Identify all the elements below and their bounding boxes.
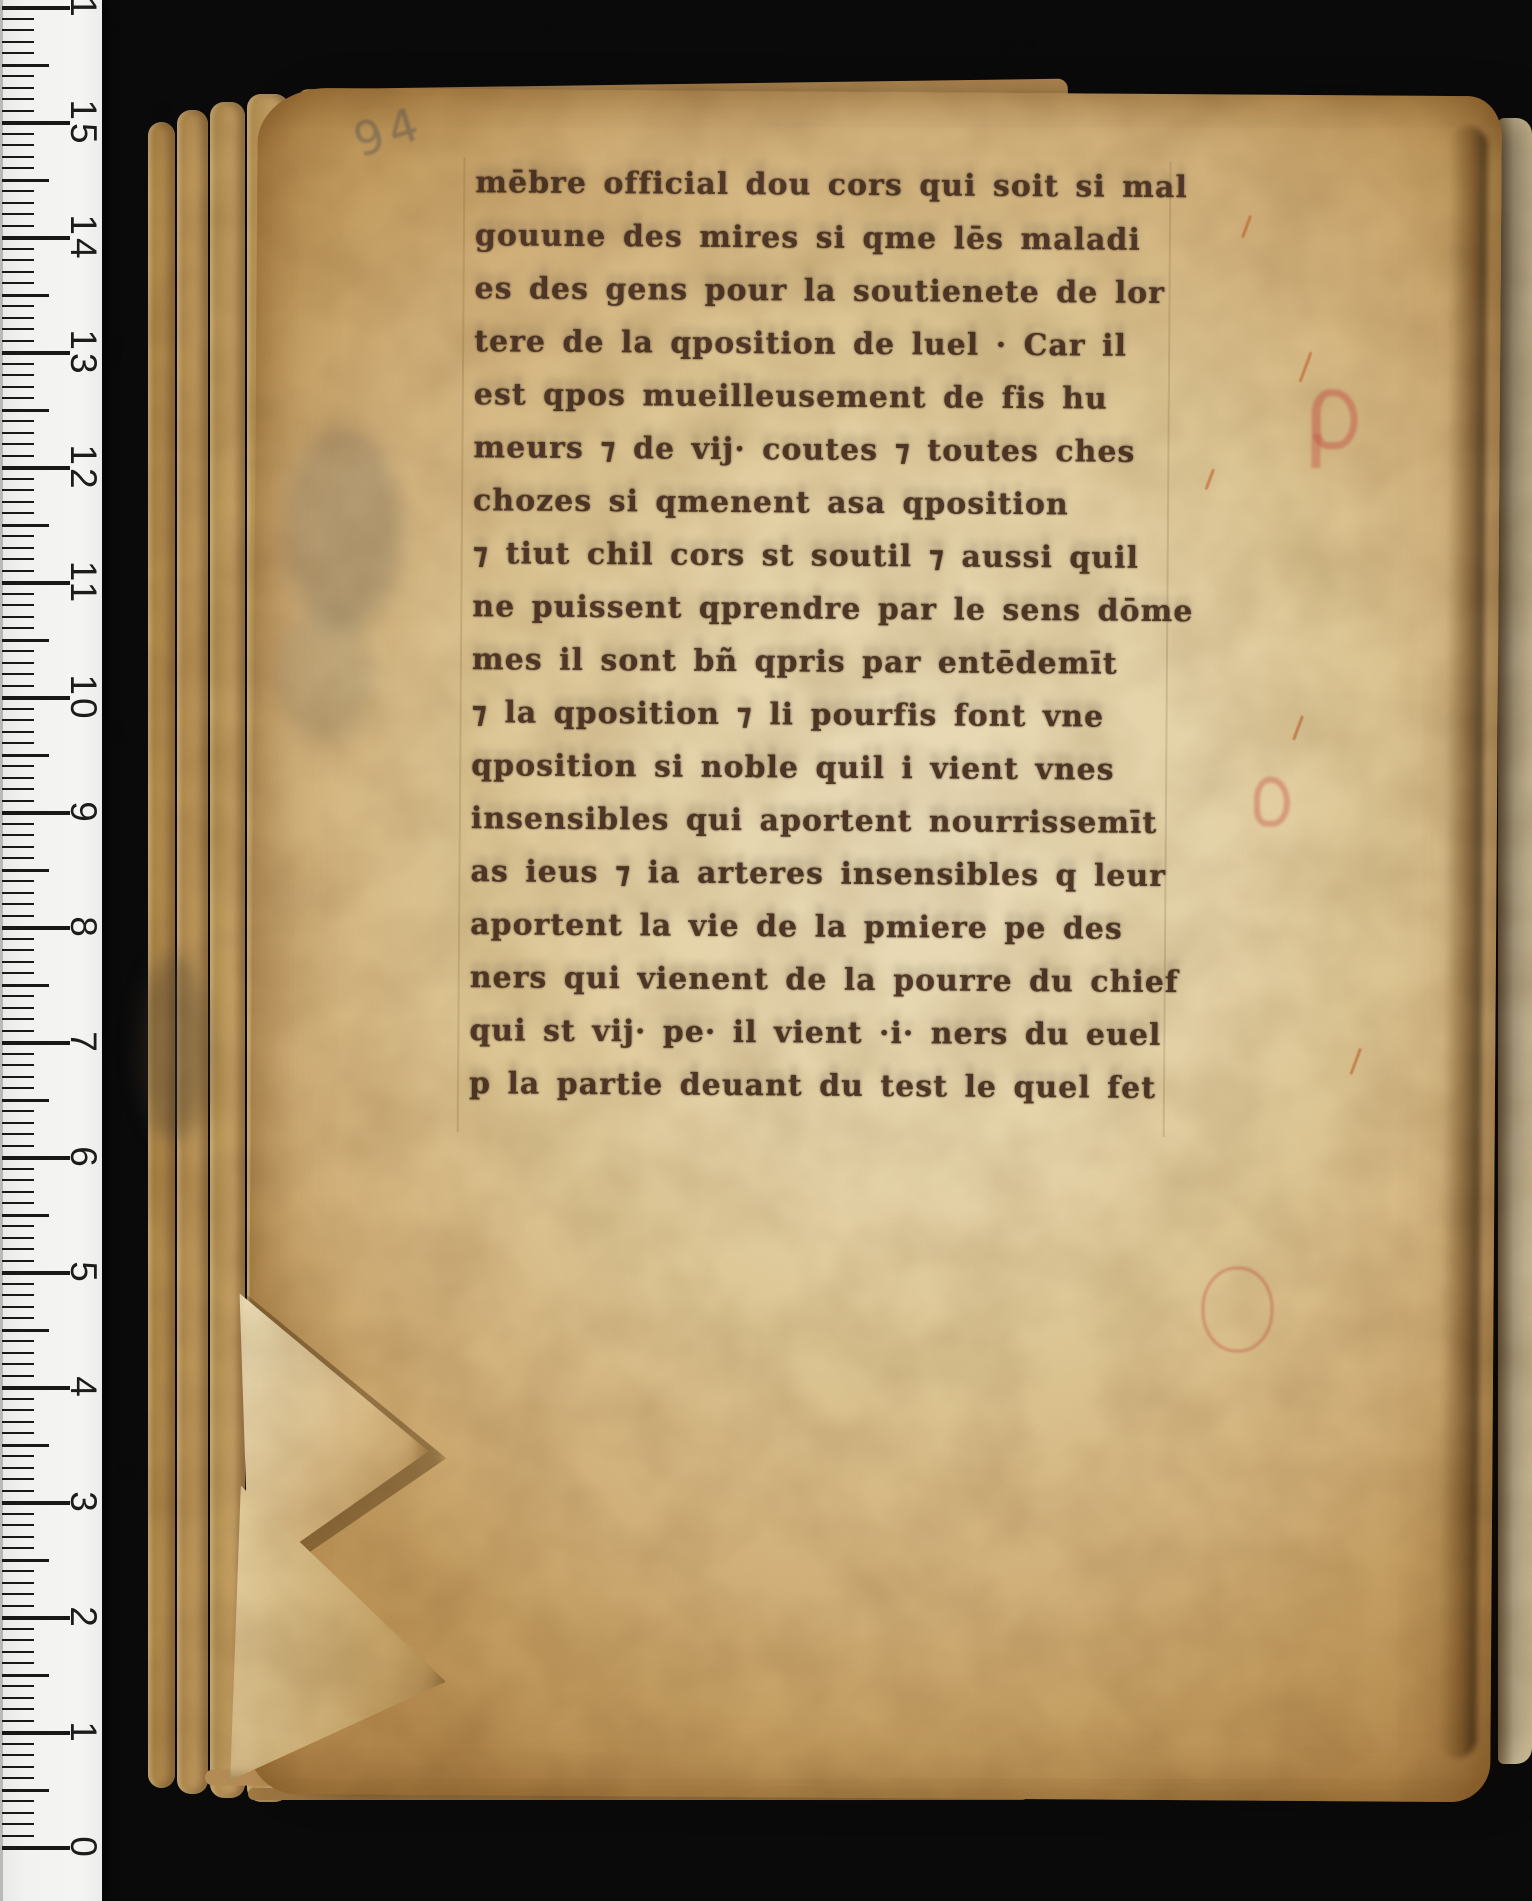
ruler-tick: [2, 1432, 34, 1434]
ruler-tick: [2, 1674, 49, 1677]
ink-smudge: [277, 608, 373, 744]
rubric-virgule: [1205, 468, 1215, 490]
rubric-virgule: [1349, 1048, 1362, 1075]
ruler-tick: [2, 1352, 34, 1354]
ruler-tick: [2, 1754, 34, 1756]
ruler-number: 15: [62, 99, 104, 146]
ruler-tick: [2, 1731, 70, 1735]
ruler-tick: [2, 64, 49, 67]
ruler-tick: [2, 374, 34, 376]
ruler-number: 11: [62, 561, 104, 605]
text-line: mēbre official dou cors qui soit si mal: [475, 165, 1195, 223]
ruler-tick: [2, 719, 34, 721]
ruler-tick: [2, 1490, 34, 1492]
ruler-tick: [2, 1800, 34, 1802]
ruler-tick: [2, 1110, 34, 1112]
ruler-tick: [2, 1501, 70, 1505]
ruler-tick: [2, 1260, 34, 1262]
ruler-tick: [2, 6, 70, 10]
ruler-tick: [2, 627, 34, 629]
rubric-virgule: [1299, 351, 1313, 382]
ruler-tick: [2, 731, 34, 733]
ruler-tick: [2, 926, 70, 930]
ruler-tick: [2, 190, 34, 192]
text-line: ⁊ tiut chil cors st soutil ⁊ aussi quil: [472, 536, 1192, 594]
ruler-tick: [2, 616, 34, 618]
text-line: gouune des mires si qme lēs maladi: [475, 218, 1195, 276]
ruler-tick: [2, 1237, 34, 1239]
ruler-tick: [2, 972, 34, 974]
ruler-tick: [2, 1087, 34, 1089]
ruler-number: 1: [62, 0, 104, 20]
text-line: qposition si noble quil i vient vnes: [471, 748, 1191, 806]
ruler-tick: [2, 52, 34, 54]
ruler-tick: [2, 259, 34, 261]
ruler-tick: [2, 593, 34, 595]
ruler-tick: [2, 294, 49, 297]
ruler-tick: [2, 995, 34, 997]
ruler-tick: [2, 271, 34, 273]
ruler-tick: [2, 1639, 34, 1641]
text-line: es des gens pour la soutienete de lor: [474, 271, 1194, 329]
ruler-tick: [2, 1766, 34, 1768]
text-line: chozes si qmenent asa qposition: [473, 483, 1193, 541]
ruler-tick: [2, 1156, 70, 1160]
ruler-tick: [2, 1662, 34, 1664]
ruler-tick: [2, 1536, 34, 1538]
ruler-tick: [2, 1835, 34, 1837]
ruler-number: 2: [62, 1606, 104, 1630]
ruler-tick: [2, 489, 34, 491]
ruler-number: 10: [62, 674, 104, 721]
ruler-tick: [2, 765, 34, 767]
ruler-tick: [2, 1651, 34, 1653]
pencil-folio-mark: 94: [347, 95, 431, 168]
ruler-tick: [2, 708, 34, 710]
ruler-tick: [2, 351, 70, 355]
ruler-tick: [2, 1605, 34, 1607]
ruler-tick: [2, 1524, 34, 1526]
ruler-tick: [2, 754, 49, 757]
ruler-tick: [2, 443, 34, 445]
ruler-tick: [2, 1053, 34, 1055]
ruler-tick: [2, 685, 34, 687]
ruler-tick: [2, 650, 34, 652]
ruler-tick: [2, 179, 49, 182]
ruler-number: 12: [62, 444, 104, 491]
ruler-tick: [2, 98, 34, 100]
text-line: p la partie deuant du test le quel fet: [469, 1066, 1189, 1124]
ruler-tick: [2, 1593, 34, 1595]
ruler-tick: [2, 1271, 70, 1275]
text-block: mēbre official dou cors qui soit si malg…: [469, 165, 1196, 1124]
ruler-number: 8: [62, 916, 104, 940]
ruler-tick: [2, 1386, 70, 1390]
rubric-virgule: [1292, 715, 1304, 740]
ruler: 11514131211109876543210: [0, 0, 102, 1901]
ruler-tick: [2, 869, 49, 872]
ruler-tick: [2, 110, 34, 112]
gutter-page-strip: [1498, 118, 1532, 1764]
ruler-tick: [2, 432, 34, 434]
ruler-tick: [2, 133, 34, 135]
ruler-tick: [2, 1168, 34, 1170]
text-line: insensibles qui aportent nourrissemīt: [471, 801, 1191, 859]
ruler-number: 14: [62, 214, 104, 261]
ruler-tick: [2, 478, 34, 480]
ruler-tick: [2, 1375, 34, 1377]
ruler-tick: [2, 1191, 34, 1193]
ruler-number: 6: [62, 1146, 104, 1170]
ruler-tick: [2, 1007, 34, 1009]
ruler-tick: [2, 1363, 34, 1365]
ruler-tick: [2, 823, 34, 825]
ruler-tick: [2, 1202, 34, 1204]
ruler-tick: [2, 1547, 34, 1549]
ruler-tick: [2, 1444, 49, 1447]
ruler-tick: [2, 1041, 70, 1045]
ruler-tick: [2, 501, 34, 503]
ruler-tick: [2, 777, 34, 779]
ruler-number: 4: [62, 1376, 104, 1400]
ruler-tick: [2, 1777, 34, 1779]
ruler-tick: [2, 639, 49, 642]
ruler-tick: [2, 397, 34, 399]
ruler-tick: [2, 1570, 34, 1572]
ruler-tick: [2, 1064, 34, 1066]
ruler-tick: [2, 742, 34, 744]
ruler-tick: [2, 524, 49, 527]
ruler-tick: [2, 1708, 34, 1710]
ruler-tick: [2, 1616, 70, 1620]
ruler-tick: [2, 156, 34, 158]
ruler-tick: [2, 1133, 34, 1135]
ruler-tick: [2, 1225, 34, 1227]
ruler-tick: [2, 41, 34, 43]
ruler-tick: [2, 581, 70, 585]
ruler-tick: [2, 363, 34, 365]
ruler-tick: [2, 604, 34, 606]
ruler-tick: [2, 1789, 49, 1792]
text-line: meurs ⁊ de vij· coutes ⁊ toutes ches: [473, 430, 1193, 488]
ruler-tick: [2, 1720, 34, 1722]
ruler-tick: [2, 1582, 34, 1584]
rubric-paragraph-mark: [1311, 389, 1357, 449]
ruler-tick: [2, 1283, 34, 1285]
ruler-tick: [2, 1214, 49, 1217]
ruler-tick: [2, 1294, 34, 1296]
text-line: est qpos mueilleusement de fis hu: [474, 377, 1194, 435]
ruler-tick: [2, 1306, 34, 1308]
text-line: aportent la vie de la pmiere pe des: [470, 907, 1190, 965]
ruler-tick: [2, 1628, 34, 1630]
ruler-tick: [2, 570, 34, 572]
ruler-tick: [2, 1018, 34, 1020]
ruler-tick: [2, 1248, 34, 1250]
ruler-tick: [2, 340, 34, 342]
text-line: as ieus ⁊ ia arteres insensibles q leur: [470, 854, 1190, 912]
ruler-tick: [2, 788, 34, 790]
ruler-tick: [2, 1812, 34, 1814]
ruler-tick: [2, 915, 34, 917]
ruler-number: 5: [62, 1261, 104, 1285]
text-line: mes il sont bñ qpris par entēdemīt: [472, 642, 1192, 700]
ruler-tick: [2, 1409, 34, 1411]
text-line: qui st vij· pe· il vient ·i· ners du eue…: [469, 1013, 1189, 1071]
ruler-tick: [2, 961, 34, 963]
text-line: ne puissent qprendre par le sens dōme: [472, 589, 1192, 647]
ruler-tick: [2, 236, 70, 240]
ruler-tick: [2, 317, 34, 319]
ruler-tick: [2, 1559, 49, 1562]
ruling-line-left: [457, 157, 466, 1132]
ruler-tick: [2, 466, 70, 470]
ruler-tick: [2, 1478, 34, 1480]
ruler-tick: [2, 949, 34, 951]
rubric-ring-mark: [1201, 1266, 1274, 1353]
page-edge-layer: [177, 110, 208, 1794]
ruler-tick: [2, 1145, 34, 1147]
ruler-tick: [2, 167, 34, 169]
text-line: ners qui vienent de la pourre du chief: [470, 960, 1190, 1018]
text-line: tere de la qposition de luel · Car il: [474, 324, 1194, 382]
ruler-tick: [2, 535, 34, 537]
ruler-number: 3: [62, 1491, 104, 1515]
ruler-tick: [2, 29, 34, 31]
ruler-tick: [2, 1421, 34, 1423]
ruler-number: 7: [62, 1031, 104, 1055]
ruler-number: 9: [62, 801, 104, 825]
ink-smudge: [138, 955, 210, 1140]
ruler-tick: [2, 696, 70, 700]
ruler-tick: [2, 1179, 34, 1181]
ruler-tick: [2, 558, 34, 560]
ruler-tick: [2, 547, 34, 549]
ruler-tick: [2, 225, 34, 227]
ruler-tick: [2, 455, 34, 457]
ruler-tick: [2, 811, 70, 815]
ruler-tick: [2, 18, 34, 20]
ruler-number: 1: [62, 1721, 104, 1745]
rubric-virgule: [1241, 215, 1252, 239]
ruler-tick: [2, 1398, 34, 1400]
ruler-tick: [2, 282, 34, 284]
ruler-tick: [2, 144, 34, 146]
ruler-tick: [2, 512, 34, 514]
ruler-tick: [2, 984, 49, 987]
ruler-tick: [2, 121, 70, 125]
ruler-tick: [2, 305, 34, 307]
ruler-tick: [2, 662, 34, 664]
ruler-number: 13: [62, 329, 104, 376]
ink-smudge: [282, 426, 403, 632]
ruler-tick: [2, 800, 34, 802]
ruler-tick: [2, 1099, 49, 1102]
ruler-tick: [2, 1846, 70, 1850]
ruler-tick: [2, 834, 34, 836]
ruler-tick: [2, 1317, 34, 1319]
ruler-tick: [2, 857, 34, 859]
ruler-tick: [2, 1455, 34, 1457]
text-line: ⁊ la qposition ⁊ li pourfis font vne: [471, 695, 1191, 753]
ruler-tick: [2, 1513, 34, 1515]
ruler-tick: [2, 903, 34, 905]
ruler-tick: [2, 1697, 34, 1699]
ruler-tick: [2, 202, 34, 204]
ruler-tick: [2, 1076, 34, 1078]
ruler-tick: [2, 1685, 34, 1687]
ruler-tick: [2, 673, 34, 675]
ruler-tick: [2, 1467, 34, 1469]
ruler-tick: [2, 420, 34, 422]
ruler-tick: [2, 409, 49, 412]
ruler-tick: [2, 87, 34, 89]
gutter-crease: [1438, 126, 1487, 1758]
ruler-tick: [2, 846, 34, 848]
ruler-tick: [2, 1743, 34, 1745]
ruler-tick: [2, 1030, 34, 1032]
ruler-tick: [2, 1823, 34, 1825]
manuscript-page: 94 mēbre official dou cors qui soit si m…: [246, 88, 1502, 1803]
ruler-tick: [2, 938, 34, 940]
ruler-number: 0: [62, 1836, 104, 1860]
ruler-tick: [2, 386, 34, 388]
ruler-tick: [2, 1340, 34, 1342]
ruler-tick: [2, 75, 34, 77]
ruler-tick: [2, 880, 34, 882]
rubric-paragraph-mark: [1254, 777, 1290, 827]
ruler-tick: [2, 328, 34, 330]
ruler-tick: [2, 892, 34, 894]
ruler-tick: [2, 1329, 49, 1332]
ruler-tick: [2, 213, 34, 215]
ruler-tick: [2, 1122, 34, 1124]
ruler-tick: [2, 248, 34, 250]
photograph-stage: { "ruler": { "labels": [ {"text":"1","cm…: [0, 0, 1532, 1901]
